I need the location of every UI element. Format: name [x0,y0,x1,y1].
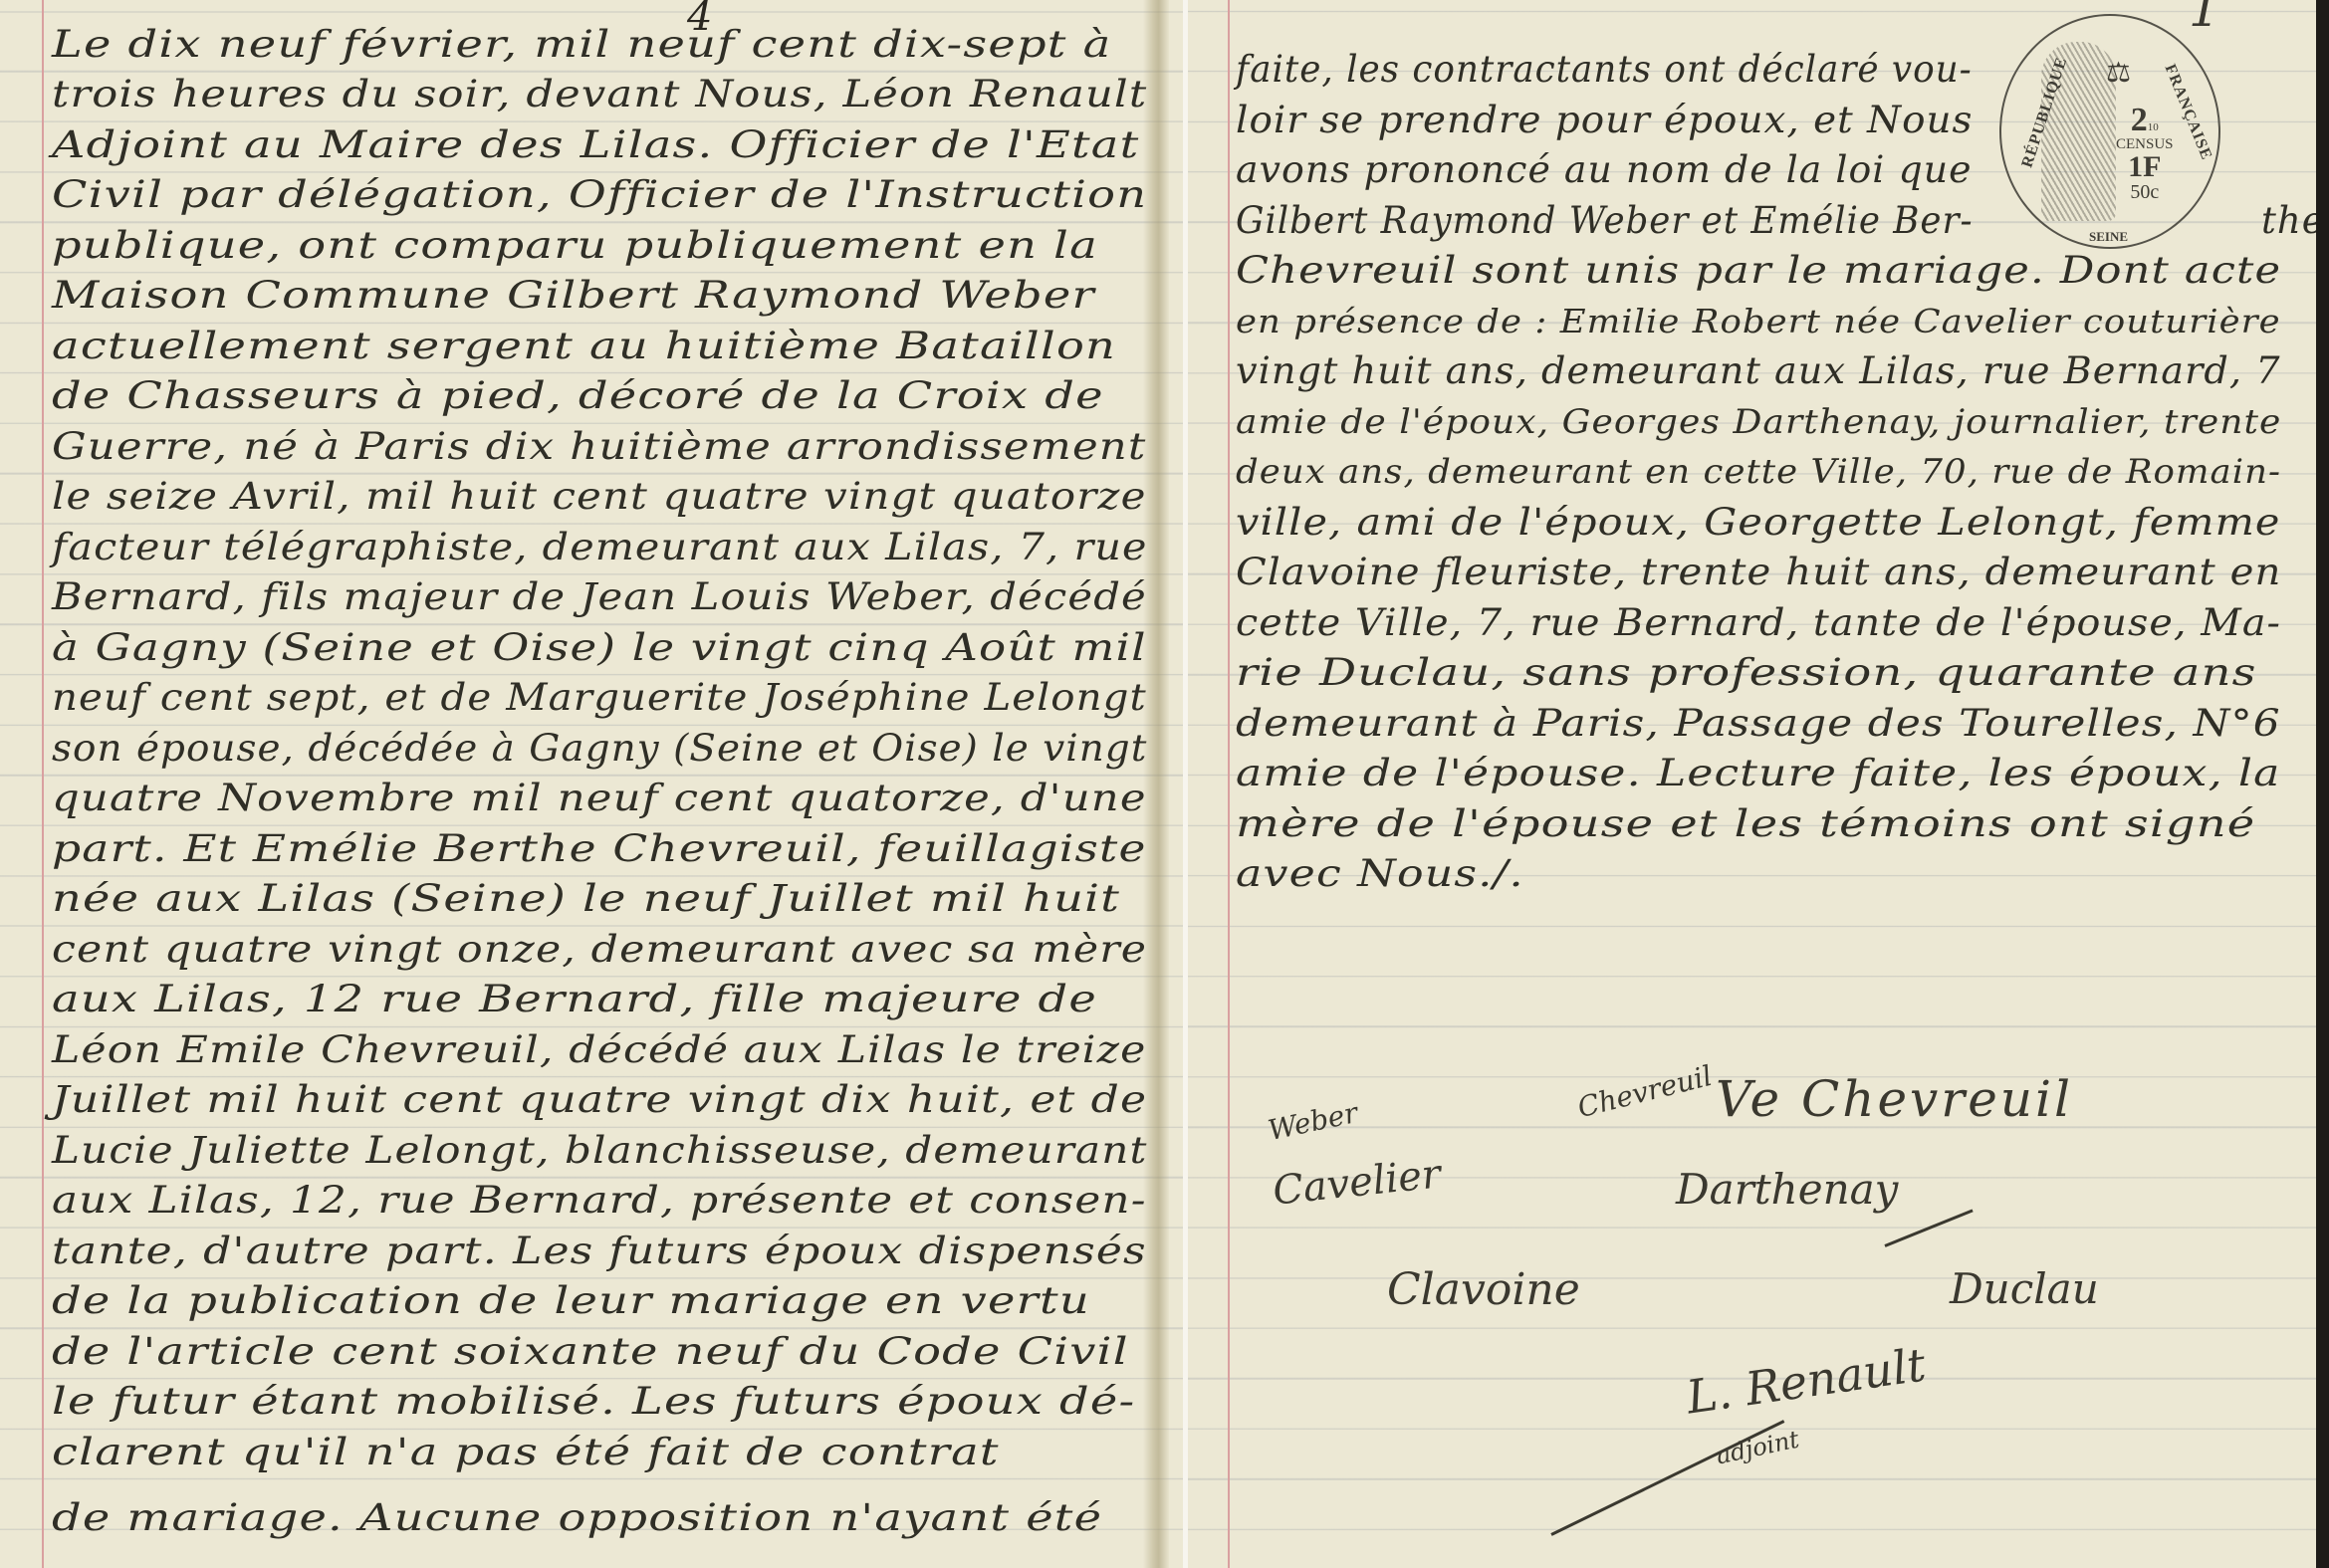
text-line: de Chasseurs à pied, décoré de la Croix … [52,371,1104,421]
page-fold-shadow [1143,0,1169,1568]
right-register-page: 1 ⚖ RÉPUBLIQUE FRANÇAISE 210 CENSUS 1F 5… [1188,0,2316,1568]
text-line: Le dix neuf février, mil neuf cent dix-s… [52,20,1111,70]
signature-flourish [1884,1210,1973,1247]
text-line: Maison Commune Gilbert Raymond Weber [52,271,1095,321]
text-line: Léon Emile Chevreuil, décédé aux Lilas l… [52,1025,1147,1075]
text-line: mère de l'épouse et les témoins ont sign… [1236,799,2255,849]
text-line: deux ans, demeurant en cette Ville, 70, … [1236,447,2281,497]
text-line: Bernard, fils majeur de Jean Louis Weber… [52,572,1147,622]
text-line: clarent qu'il n'a pas été fait de contra… [52,1428,1000,1477]
text-line: part. Et Emélie Berthe Chevreuil, feuill… [52,824,1147,874]
signature-officer: L. Renault [1683,1337,1929,1424]
text-line: avec Nous./. [1236,849,1524,899]
text-line: Clavoine fleuriste, trente huit ans, dem… [1236,548,2281,597]
page-mark: 1 [2189,0,2220,38]
text-line: le seize Avril, mil huit cent quatre vin… [52,472,1146,522]
left-register-page: 4 Le dix neuf février, mil neuf cent dix… [0,0,1183,1568]
text-line: née aux Lilas (Seine) le neuf Juillet mi… [52,874,1120,924]
text-line: neuf cent sept, et de Marguerite Joséphi… [52,673,1147,723]
text-line: facteur télégraphiste, demeurant aux Lil… [52,523,1148,572]
signature-flourish [1550,1420,1784,1536]
text-line: Adjoint au Maire des Lilas. Officier de … [52,120,1139,170]
signature-witness: Darthenay [1676,1165,1898,1214]
text-line: ville, ami de l'époux, Georgette Lelongt… [1236,498,2280,548]
text-line: faite, les contractants ont déclaré vou- [1236,45,1973,95]
left-margin-rule [42,0,44,1568]
text-line: quatre Novembre mil neuf cent quatorze, … [52,774,1147,823]
text-line: en présence de : Emilie Robert née Cavel… [1236,297,2281,346]
right-margin-rule [1228,0,1230,1568]
text-line: loir se prendre pour époux, et Nous [1236,96,1974,145]
text-line: cent quatre vingt onze, demeurant avec s… [52,925,1147,975]
signature-witness: Cavelier [1271,1151,1443,1214]
signature-witness: Duclau [1950,1264,2099,1313]
text-line: Juillet mil huit cent quatre vingt dix h… [52,1075,1147,1125]
text-line: son épouse, décédée à Gagny (Seine et Oi… [52,724,1147,774]
signature-bride: Chevreuil [1574,1059,1716,1124]
text-line: publique, ont comparu publiquement en la [52,221,1098,271]
book-binding-edge [2316,0,2329,1568]
text-line: amie de l'épouse. Lecture faite, les épo… [1236,749,2281,798]
text-line: tante, d'autre part. Les futurs époux di… [52,1227,1147,1276]
signature-mother: Ve Chevreuil [1716,1070,2073,1128]
text-line: aux Lilas, 12, rue Bernard, présente et … [52,1176,1147,1226]
text-line: Guerre, né à Paris dix huitième arrondis… [52,422,1146,472]
text-line: vingt huit ans, demeurant aux Lilas, rue… [1236,346,2281,396]
text-line: de la publication de leur mariage en ver… [52,1276,1090,1326]
text-line: de mariage. Aucune opposition n'ayant ét… [52,1493,1102,1543]
text-line: Lucie Juliette Lelongt, blanchisseuse, d… [52,1126,1148,1176]
scales-of-justice-icon: ⚖ [2106,56,2131,89]
stamp-department: SEINE [2089,229,2128,245]
text-line: de l'article cent soixante neuf du Code … [52,1327,1129,1377]
signature-witness: Weber [1266,1096,1361,1147]
text-line: trois heures du soir, devant Nous, Léon … [52,70,1147,119]
text-line-continuation: the [2261,196,2316,246]
text-line: Civil par délégation, Officier de l'Inst… [52,170,1147,220]
text-line: à Gagny (Seine et Oise) le vingt cinq Ao… [52,623,1147,673]
text-line: aux Lilas, 12 rue Bernard, fille majeure… [52,975,1097,1024]
fiscal-stamp: ⚖ RÉPUBLIQUE FRANÇAISE 210 CENSUS 1F 50c… [1999,14,2220,249]
stamp-value: 210 CENSUS 1F 50c [2116,104,2174,202]
text-line: le futur étant mobilisé. Les futurs épou… [52,1377,1135,1427]
text-line: amie de l'époux, Georges Darthenay, jour… [1236,397,2281,447]
text-line: avons prononcé au nom de la loi que [1236,145,1972,195]
text-line: demeurant à Paris, Passage des Tourelles… [1236,699,2281,749]
text-line: actuellement sergent au huitième Bataill… [52,322,1116,371]
signature-witness: Clavoine [1387,1264,1580,1315]
text-line: cette Ville, 7, rue Bernard, tante de l'… [1236,598,2281,648]
text-line: rie Duclau, sans profession, quarante an… [1236,648,2257,698]
text-line: Gilbert Raymond Weber et Emélie Ber- [1236,196,1973,246]
text-line: Chevreuil sont unis par le mariage. Dont… [1236,246,2281,296]
